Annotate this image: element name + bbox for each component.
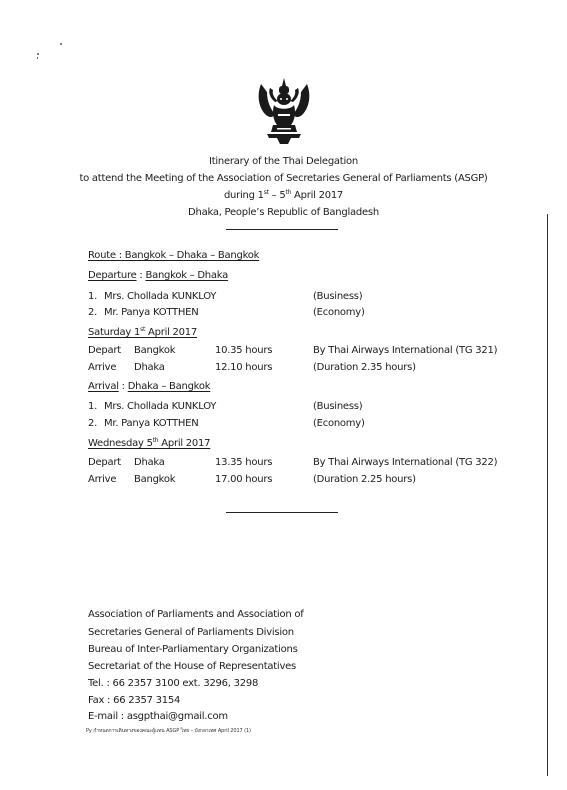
contact-line: Secretariat of the House of Representati… — [88, 661, 296, 673]
leg-time: 12.10 hours — [215, 362, 272, 374]
leg-action: Depart — [88, 345, 121, 357]
leg-note: By Thai Airways International (TG 322) — [313, 457, 497, 469]
contact-line: Secretaries General of Parliaments Divis… — [88, 627, 294, 639]
passenger-class: (Business) — [313, 401, 362, 413]
leg-time: 17.00 hours — [215, 474, 272, 486]
garuda-emblem-icon — [255, 78, 313, 146]
meeting-location: Dhaka, People’s Republic of Bangladesh — [0, 207, 567, 219]
leg-time: 13.35 hours — [215, 457, 272, 469]
leg-note: (Duration 2.35 hours) — [313, 362, 416, 374]
contact-phone: Tel. : 66 2357 3100 ext. 3296, 3298 — [88, 678, 258, 690]
footer-file-note: Py กำหนดการเดินทางของคณะผู้แทน ASGP ไทย … — [86, 728, 251, 734]
passenger-name: Mrs. Chollada KUNKLOY — [104, 291, 216, 303]
document-subtitle: to attend the Meeting of the Association… — [0, 173, 567, 185]
scan-speck — [37, 57, 38, 59]
contact-fax: Fax : 66 2357 3154 — [88, 695, 180, 707]
leg-city: Dhaka — [134, 457, 165, 469]
scan-speck — [60, 43, 62, 45]
leg-action: Arrive — [88, 474, 116, 486]
arrival-heading: Arrival : Dhaka – Bangkok — [88, 381, 210, 393]
route-heading: Route : Bangkok – Dhaka – Bangkok — [88, 250, 259, 262]
scan-margin-line — [547, 214, 548, 776]
leg-time: 10.35 hours — [215, 345, 272, 357]
leg-city: Bangkok — [134, 474, 175, 486]
passenger-number: 1. — [88, 401, 97, 413]
passenger-class: (Economy) — [313, 307, 365, 319]
arrival-date: Wednesday 5th April 2017 — [88, 438, 210, 450]
contact-email: E-mail : asgpthai@gmail.com — [88, 711, 228, 723]
section-divider — [226, 512, 338, 513]
leg-city: Dhaka — [134, 362, 165, 374]
document-title: Itinerary of the Thai Delegation — [0, 156, 567, 168]
passenger-number: 1. — [88, 291, 97, 303]
leg-action: Arrive — [88, 362, 116, 374]
leg-note: (Duration 2.25 hours) — [313, 474, 416, 486]
passenger-name: Mr. Panya KOTTHEN — [104, 307, 198, 319]
leg-action: Depart — [88, 457, 121, 469]
passenger-number: 2. — [88, 307, 97, 319]
passenger-name: Mrs. Chollada KUNKLOY — [104, 401, 216, 413]
contact-line: Association of Parliaments and Associati… — [88, 609, 303, 621]
passenger-number: 2. — [88, 418, 97, 430]
meeting-dates: during 1st – 5th April 2017 — [0, 190, 567, 202]
passenger-class: (Economy) — [313, 418, 365, 430]
leg-note: By Thai Airways International (TG 321) — [313, 345, 497, 357]
title-divider — [226, 229, 338, 230]
scan-speck — [37, 53, 39, 55]
leg-city: Bangkok — [134, 345, 175, 357]
passenger-class: (Business) — [313, 291, 362, 303]
departure-heading: Departure : Bangkok – Dhaka — [88, 270, 228, 282]
passenger-name: Mr. Panya KOTTHEN — [104, 418, 198, 430]
departure-date: Saturday 1st April 2017 — [88, 327, 197, 339]
contact-line: Bureau of Inter-Parliamentary Organizati… — [88, 644, 298, 656]
